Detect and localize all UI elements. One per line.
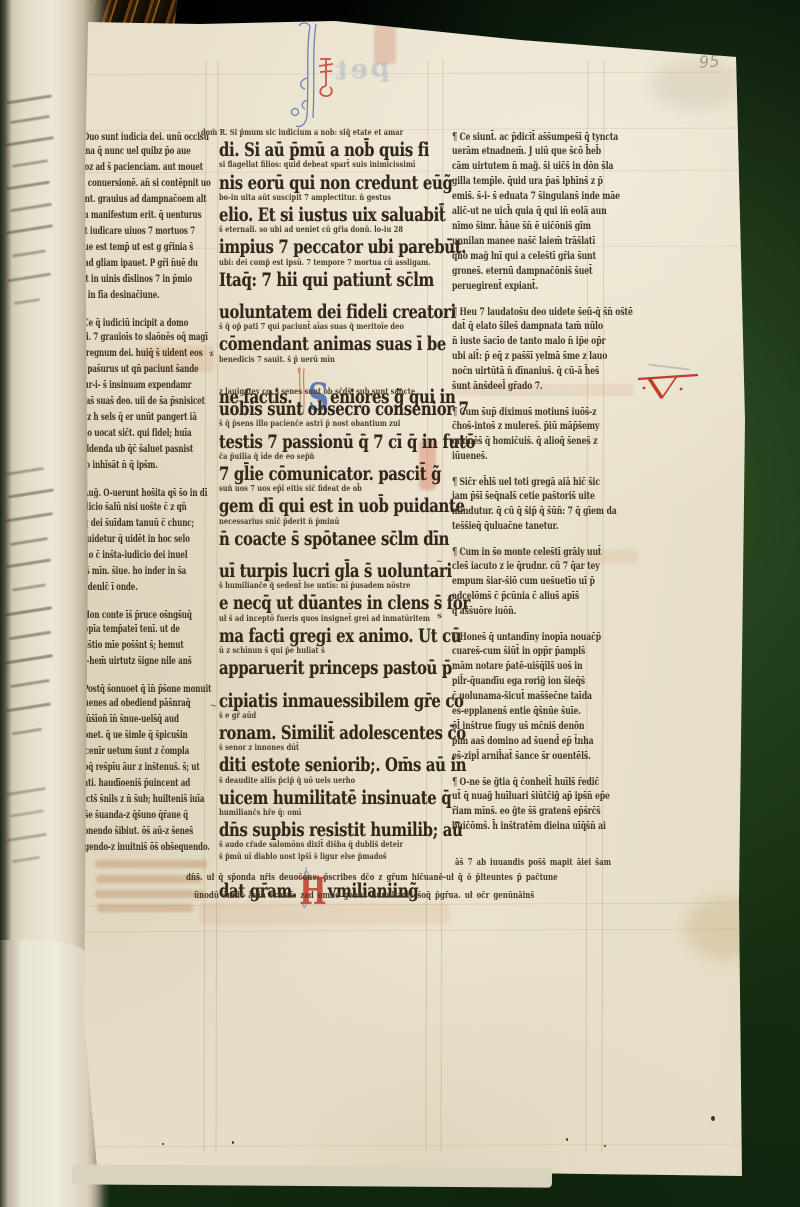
stack-ghost-text [3,654,53,665]
stack-ghost-text [9,631,51,641]
stack-ghost-text [4,136,54,147]
stack-ghost-text [8,488,54,498]
stack-ghost-text [10,115,50,124]
stack-ghost-text [10,679,50,688]
stack-ghost-text [12,856,40,863]
stack-ghost-text [4,467,44,476]
stack-ghost-text [6,94,52,104]
stack-ghost-text [5,702,51,712]
page-shading [0,0,800,1207]
stack-ghost-text [12,728,42,736]
stack-ghost-text [12,249,46,257]
stack-ghost-text [12,583,46,591]
stack-ghost-text [10,809,44,817]
parchment-page: pet 95 V ¶Duo sunt iudicia dei. unū occl… [0,0,800,1207]
stack-ghost-text [7,273,51,283]
stack-ghost-text [10,537,48,546]
stack-ghost-text [5,833,47,843]
under-leaf-edge [72,1164,552,1187]
stack-ghost-text [5,558,51,568]
stack-ghost-text [12,159,48,168]
stack-ghost-text [5,224,53,234]
stack-ghost-text [4,606,52,616]
stack-ghost-text [6,181,50,191]
stack-ghost-text [10,203,52,213]
manuscript-photo: pet 95 V ¶Duo sunt iudicia dei. unū occl… [0,0,800,1207]
stack-ghost-text [6,787,46,796]
stack-ghost-text [14,298,40,305]
stack-ghost-text [3,512,53,523]
